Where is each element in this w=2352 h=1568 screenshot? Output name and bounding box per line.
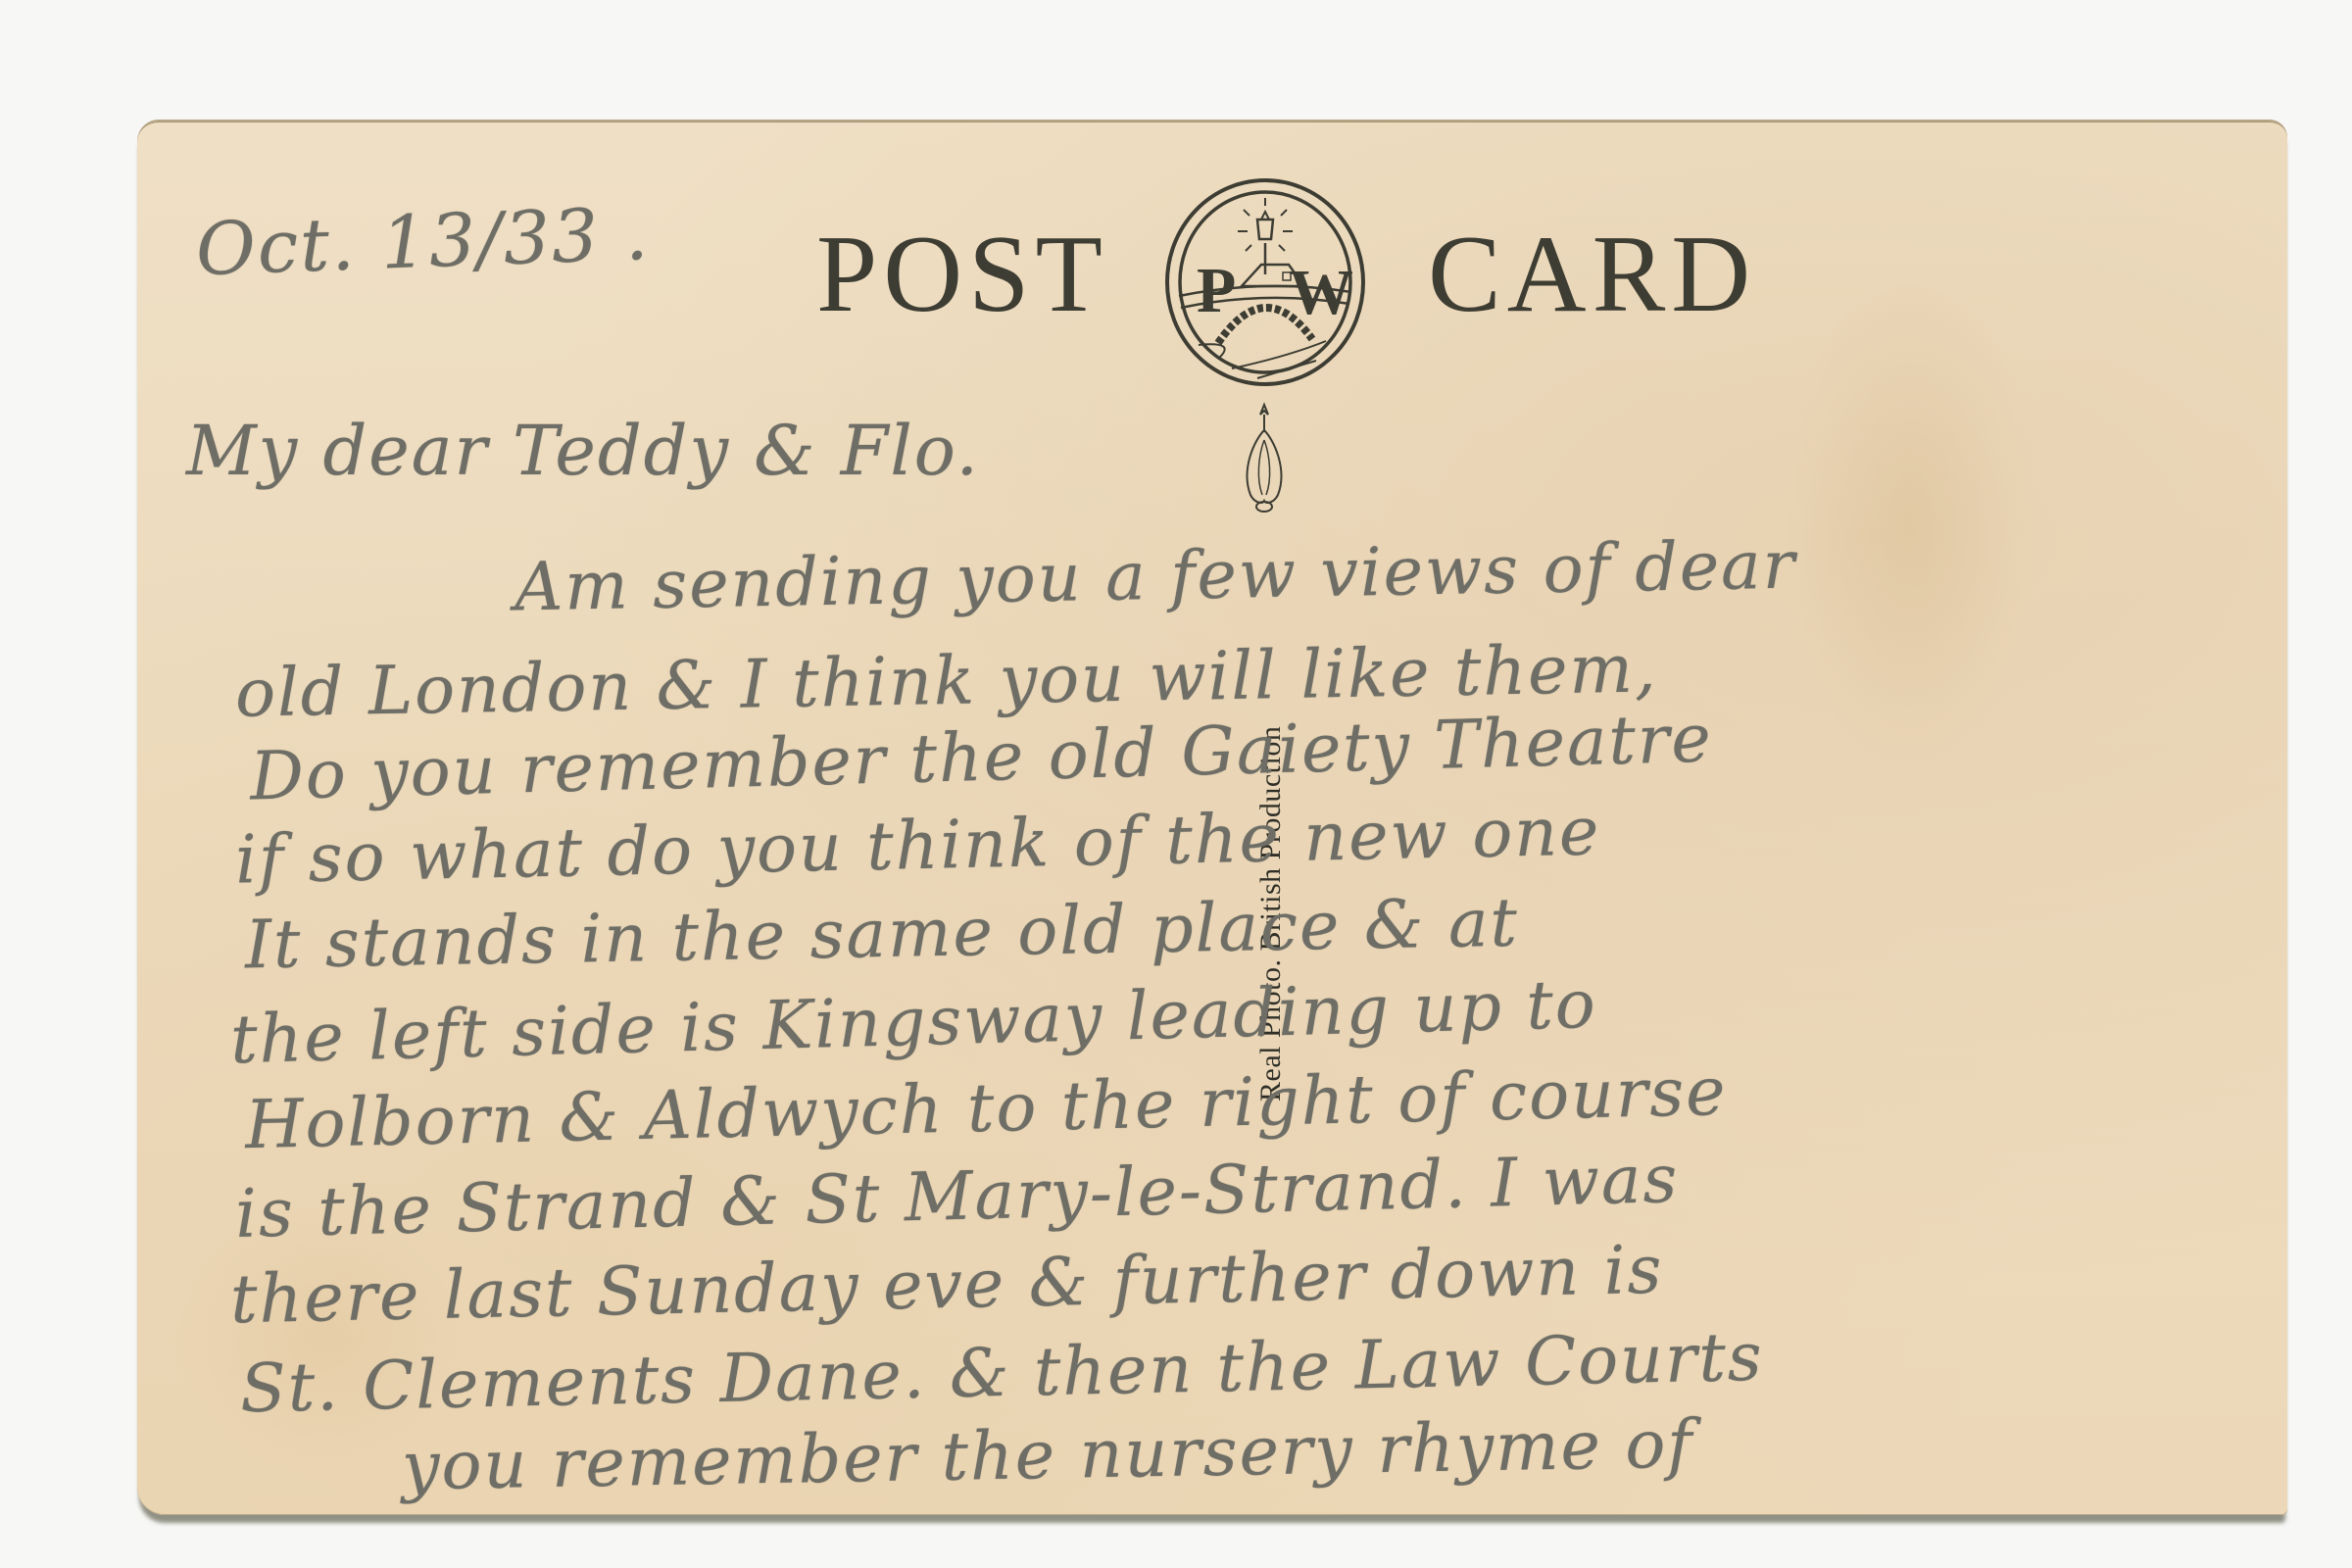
message-line: Am sending you a few views of dear — [514, 527, 1796, 627]
handwritten-date: Oct. 13/33 . — [195, 192, 652, 292]
svg-text:W: W — [1289, 257, 1353, 328]
heading-post: POST — [816, 220, 1108, 329]
heading-card: CARD — [1428, 220, 1756, 329]
svg-text:P: P — [1197, 255, 1236, 326]
message-line: you remember the nursery rhyme of — [401, 1406, 1694, 1506]
finial-ornament-icon — [1237, 401, 1292, 516]
handwritten-greeting: My dear Teddy & Flo. — [186, 411, 980, 491]
message-line: It stands in the same old place & at — [244, 885, 1519, 985]
publisher-logo-icon: P W — [1159, 176, 1371, 388]
paper-stain — [1784, 269, 2038, 778]
postcard-back: POST P W CARD Real Photo. British Produc… — [137, 120, 2287, 1515]
